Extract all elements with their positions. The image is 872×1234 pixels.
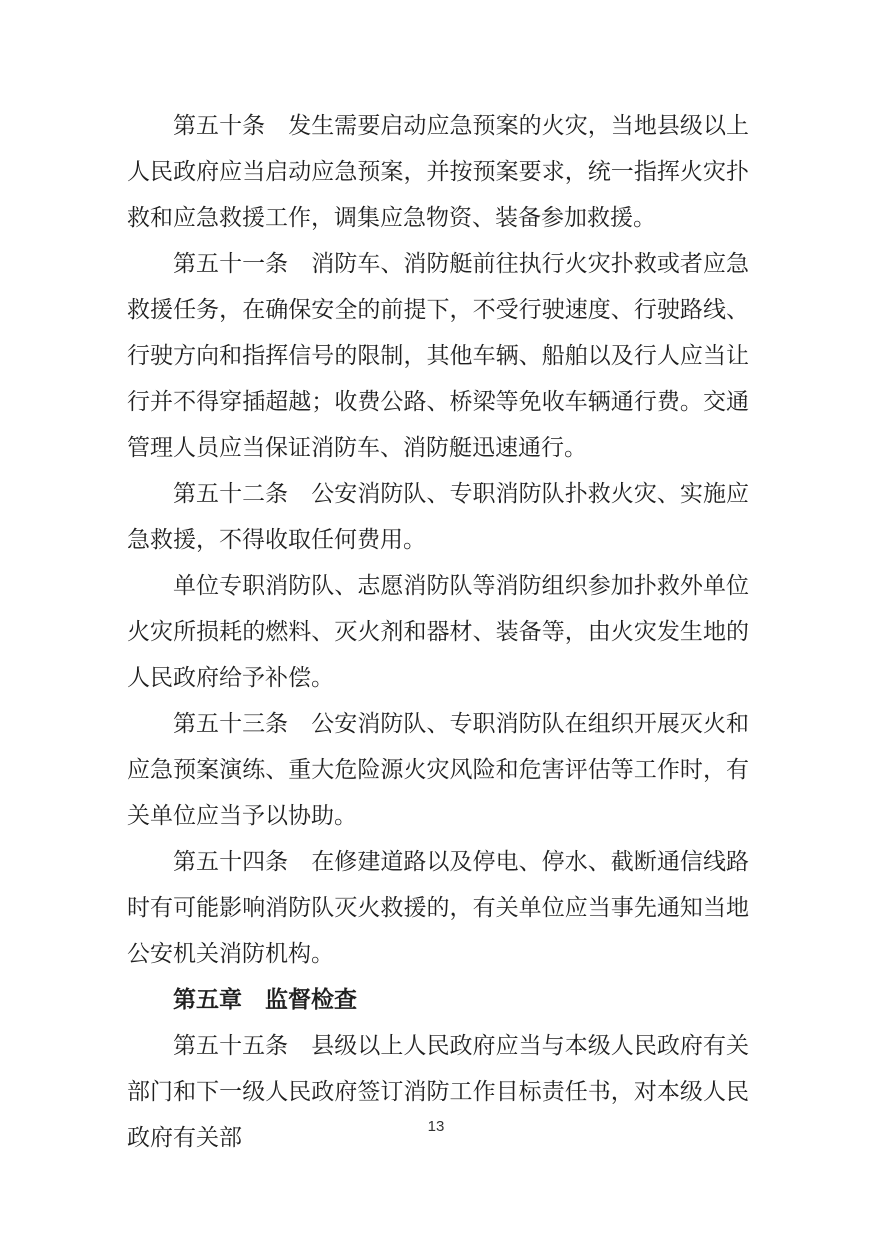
document-body: 第五十条 发生需要启动应急预案的火灾，当地县级以上人民政府应当启动应急预案，并按… bbox=[127, 103, 749, 1161]
article-51-paragraph: 第五十一条 消防车、消防艇前往执行火灾扑救或者应急救援任务，在确保安全的前提下，… bbox=[127, 241, 749, 471]
article-54-paragraph: 第五十四条 在修建道路以及停电、停水、截断通信线路时有可能影响消防队灭火救援的，… bbox=[127, 839, 749, 977]
article-52-paragraph: 第五十二条 公安消防队、专职消防队扑救火灾、实施应急救援，不得收取任何费用。 bbox=[127, 471, 749, 563]
article-53-paragraph: 第五十三条 公安消防队、专职消防队在组织开展灭火和应急预案演练、重大危险源火灾风… bbox=[127, 701, 749, 839]
article-52-compensation-paragraph: 单位专职消防队、志愿消防队等消防组织参加扑救外单位火灾所损耗的燃料、灭火剂和器材… bbox=[127, 563, 749, 701]
article-50-paragraph: 第五十条 发生需要启动应急预案的火灾，当地县级以上人民政府应当启动应急预案，并按… bbox=[127, 103, 749, 241]
article-55-paragraph: 第五十五条 县级以上人民政府应当与本级人民政府有关部门和下一级人民政府签订消防工… bbox=[127, 1023, 749, 1161]
document-page: 第五十条 发生需要启动应急预案的火灾，当地县级以上人民政府应当启动应急预案，并按… bbox=[0, 0, 872, 1234]
page-number: 13 bbox=[0, 1118, 872, 1135]
chapter-5-heading: 第五章 监督检查 bbox=[127, 977, 749, 1023]
